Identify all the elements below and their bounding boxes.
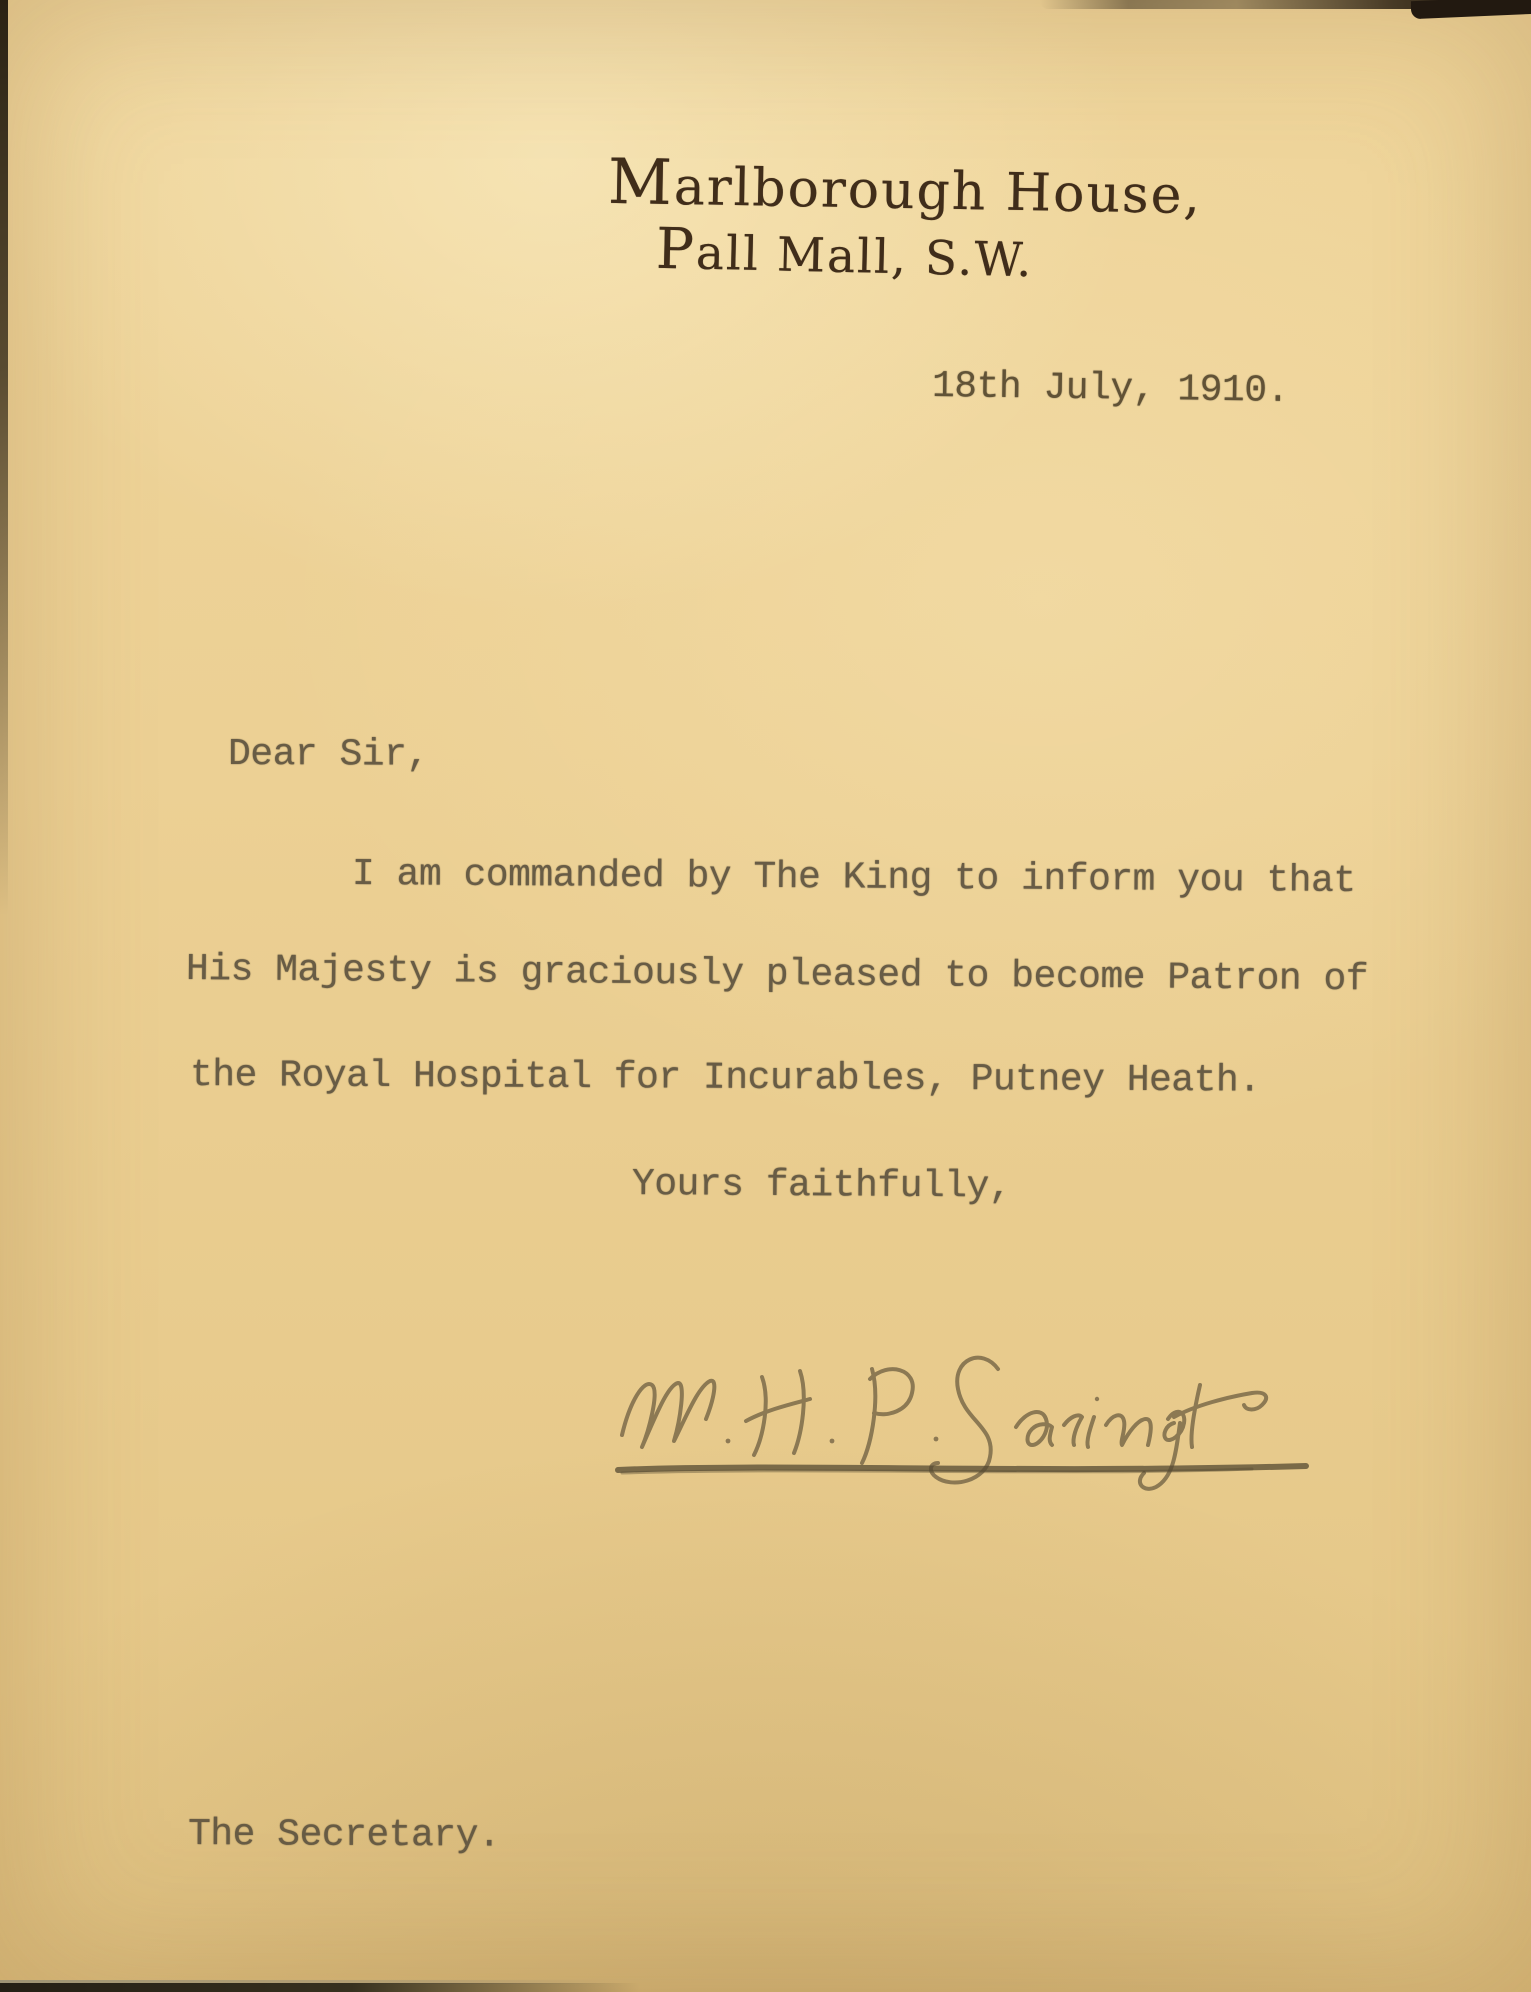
salutation: Dear Sir, — [228, 736, 429, 775]
closing: Yours faithfully, — [632, 1166, 1011, 1207]
letterhead-line1: Marlborough House, — [608, 151, 1203, 224]
photo-edge-bottom-left — [0, 1983, 640, 1992]
body-line-3: the Royal Hospital for Incurables, Putne… — [190, 1057, 1261, 1101]
date-line: 18th July, 1910. — [932, 368, 1289, 411]
photo-edge-top-right-corner — [1411, 0, 1531, 19]
body-line-2: His Majesty is graciously pleased to bec… — [186, 951, 1368, 999]
letterhead-line2: Pall Mall, S.W. — [655, 222, 1034, 287]
letter-photograph: Marlborough House, Pall Mall, S.W. 18th … — [0, 0, 1531, 1992]
body-line-1: I am commanded by The King to inform you… — [352, 856, 1356, 901]
signature-underline — [612, 1458, 1312, 1480]
addressee: The Secretary. — [188, 1816, 500, 1856]
photo-edge-left — [0, 0, 8, 916]
